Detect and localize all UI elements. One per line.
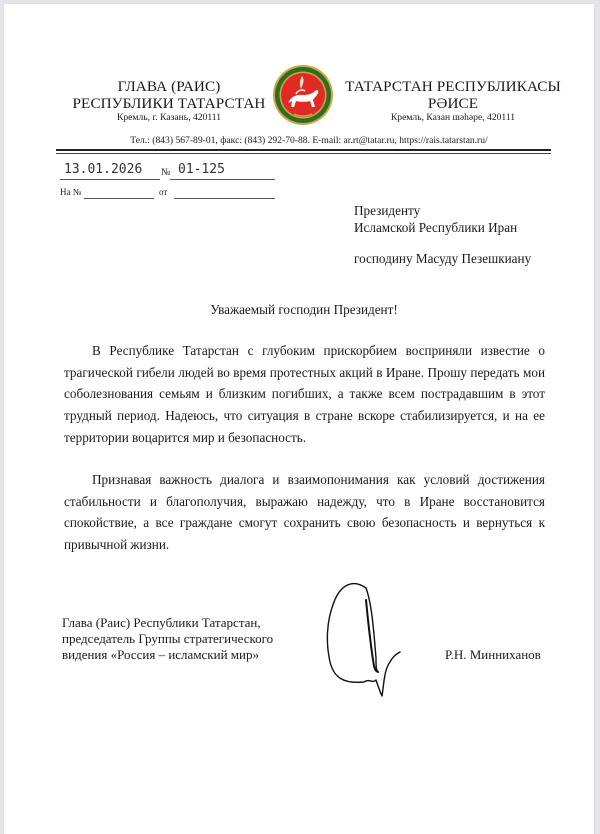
signer-position-line-1: Глава (Раис) Республики Татарстан,: [62, 615, 273, 631]
signer-name: Р.Н. Минниханов: [445, 647, 541, 663]
body-paragraph-2: Признавая важность диалога и взаимопоним…: [64, 469, 545, 556]
letterhead-right: ТАТАРСТАН РЕСПУБЛИКАСЫ РӘИСЕ Кремль, Каз…: [338, 78, 568, 124]
body-paragraph-1: В Республике Татарстан с глубоким приско…: [64, 340, 545, 449]
registration-date: 13.01.2026: [64, 162, 142, 177]
letterhead-left-title-1: ГЛАВА (РАИС): [64, 78, 274, 95]
signer-position: Глава (Раис) Республики Татарстан, предс…: [62, 615, 273, 663]
recipient-block: Президенту Исламской Республики Иран гос…: [354, 202, 531, 267]
number-underline: [170, 179, 275, 180]
coat-of-arms-icon: [272, 64, 334, 126]
registration-number-label: №: [161, 167, 171, 178]
letterhead-right-title-2: РӘИСЕ: [338, 95, 568, 112]
registration-number: 01-125: [178, 162, 225, 177]
signer-position-line-2: председатель Группы стратегического: [62, 631, 273, 647]
recipient-line-3: господину Масуду Пезешкиану: [354, 250, 531, 267]
letterhead-left: ГЛАВА (РАИС) РЕСПУБЛИКИ ТАТАРСТАН Кремль…: [64, 78, 274, 124]
letterhead-left-title-2: РЕСПУБЛИКИ ТАТАРСТАН: [64, 95, 274, 112]
letterhead-left-address: Кремль, г. Казань, 420111: [64, 113, 274, 124]
recipient-line-2: Исламской Республики Иран: [354, 219, 531, 236]
signer-position-line-3: видения «Россия – исламский мир»: [62, 647, 273, 663]
recipient-line-1: Президенту: [354, 202, 531, 219]
letter-page: ГЛАВА (РАИС) РЕСПУБЛИКИ ТАТАРСТАН Кремль…: [4, 4, 594, 834]
handwritten-signature-icon: [304, 574, 424, 724]
header-divider-thick: [56, 149, 551, 151]
reply-date-field: [174, 198, 275, 199]
date-underline: [60, 179, 160, 180]
header-divider-thin: [56, 153, 551, 154]
reply-number-label: На №: [60, 187, 81, 197]
letterhead-contacts: Тел.: (843) 567-89-01, факс: (843) 292-7…: [54, 135, 564, 146]
letterhead-right-title-1: ТАТАРСТАН РЕСПУБЛИКАСЫ: [338, 78, 568, 95]
reply-from-label: от: [159, 187, 167, 197]
letterhead-right-address: Кремль, Казан шәһәре, 420111: [338, 113, 568, 124]
greeting: Уважаемый господин Президент!: [4, 302, 600, 318]
reply-number-field: [84, 198, 154, 199]
